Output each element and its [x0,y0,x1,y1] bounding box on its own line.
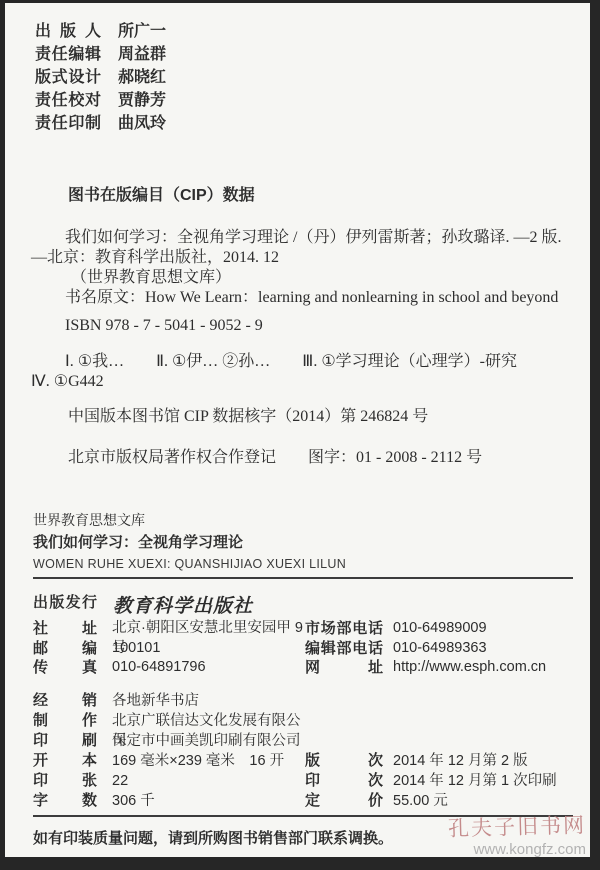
kongfz-site-name: 孔夫子旧书网 [448,809,587,843]
field-label: 印张 [33,771,97,791]
series-name: 世界教育思想文库 [33,511,346,529]
staff-role-label: 责任印制 [35,111,101,134]
price-value: 55.00 元 [393,791,448,811]
field-label: 开本 [33,751,97,771]
staff-row: 责任印制 曲凤玲 [35,111,166,134]
staff-person-name: 周益群 [118,42,166,65]
field-value: 北京·朝阳区安慧北里安园甲 9 号 [112,619,305,639]
cip-data-block: 图书在版编目（CIP）数据 我们如何学习：全视角学习理论 /（丹）伊列雷斯著；孙… [31,186,579,468]
cip-header: 图书在版编目（CIP）数据 [68,186,579,206]
cip-classification-line1: Ⅰ. ①我… Ⅱ. ①伊… ②孙… Ⅲ. ①学习理论（心理学）-研究 [31,352,579,372]
staff-role-label: 版式设计 [35,65,101,88]
staff-person-name: 所广一 [118,19,166,42]
cip-classification-line2: Ⅳ. ①G442 [31,372,579,392]
field-value: 22 [112,771,128,791]
colophon-row: 字数 306 千 定价 55.00 元 [33,791,557,811]
field-label: 社址 [33,619,97,639]
staff-person-name: 郝晓红 [118,65,166,88]
colophon-row: 印刷 保定市中画美凯印刷有限公司 [33,731,557,751]
field-value: 010-64891796 [112,658,206,678]
colophon-row: 经销 各地新华书店 [33,691,557,711]
cip-description-line1: 我们如何学习：全视角学习理论 /（丹）伊列雷斯著；孙玫璐译. —2 版. [31,228,579,248]
field-label: 印刷 [33,731,97,751]
staff-role-label: 责任编辑 [35,42,101,65]
field-value: 010-64989009 [393,619,487,639]
publisher-contact-block: 社址 北京·朝阳区安慧北里安园甲 9 号 市场部电话 010-64989009 … [33,619,546,678]
colophon-row: 邮编 100101 编辑部电话 010-64989363 [33,639,546,659]
field-label: 编辑部电话 [305,639,383,659]
cip-original-title: 书名原文：How We Learn：learning and nonlearni… [31,288,579,308]
colophon-row: 制作 北京广联信达文化发展有限公司 [33,711,557,731]
kongfz-watermark: 孔夫子旧书网 www.kongfz.com [448,811,586,857]
publisher-label: 出版发行 [33,593,97,613]
staff-row: 责任编辑 周益群 [35,42,166,65]
field-label: 网址 [305,658,383,678]
staff-person-name: 贾静芳 [118,88,166,111]
printing-spec-block: 经销 各地新华书店 制作 北京广联信达文化发展有限公司 印刷 保定市中画美凯印刷… [33,691,557,811]
book-copyright-page-photo: { "colors": { "page_bg": "#f6f6f3", "pho… [0,0,600,870]
staff-row: 责任校对 贾静芳 [35,88,166,111]
cip-series-line: （世界教育思想文库） [31,268,579,288]
book-title-pinyin: WOMEN RUHE XUEXI: QUANSHIJIAO XUEXI LILU… [33,556,346,572]
kongfz-site-url: www.kongfz.com [448,841,586,857]
field-label: 传真 [33,658,97,678]
colophon-row: 印张 22 印次 2014 年 12 月第 1 次印刷 [33,771,557,791]
colophon-row: 开本 169 毫米×239 毫米 16 开 版次 2014 年 12 月第 2 … [33,751,557,771]
staff-role-label: 责任校对 [35,88,101,111]
field-value: 2014 年 12 月第 1 次印刷 [393,771,557,791]
field-value: 保定市中画美凯印刷有限公司 [112,731,301,751]
field-label: 印次 [305,771,383,791]
staff-credits-block: 出版人 所广一 责任编辑 周益群 版式设计 郝晓红 责任校对 贾静芳 责任印制 … [35,19,166,134]
cip-description-line2: —北京：教育科学出版社，2014. 12 [31,248,579,268]
field-value: 2014 年 12 月第 2 版 [393,751,528,771]
quality-notice: 如有印装质量问题，请到所购图书销售部门联系调换。 [33,827,393,848]
field-value: 010-64989363 [393,639,487,659]
staff-row: 出版人 所广一 [35,19,166,42]
field-label: 字数 [33,791,97,811]
colophon-row: 传真 010-64891796 网址 http://www.esph.com.c… [33,658,546,678]
scanned-page: 出版人 所广一 责任编辑 周益群 版式设计 郝晓红 责任校对 贾静芳 责任印制 … [5,3,590,857]
publisher-logotype: 教育科学出版社 [113,591,253,618]
colophon-row: 社址 北京·朝阳区安慧北里安园甲 9 号 市场部电话 010-64989009 [33,619,546,639]
field-label: 经销 [33,691,97,711]
field-value: 北京广联信达文化发展有限公司 [112,711,305,731]
field-label: 邮编 [33,639,97,659]
field-label: 市场部电话 [305,619,383,639]
title-block: 世界教育思想文库 我们如何学习：全视角学习理论 WOMEN RUHE XUEXI… [33,511,346,572]
field-value: 169 毫米×239 毫米 16 开 [112,751,284,771]
book-title: 我们如何学习：全视角学习理论 [33,534,346,552]
publisher-row: 出版发行 教育科学出版社 [33,593,253,618]
field-label: 版次 [305,751,383,771]
horizontal-divider [33,577,573,579]
field-value: 306 千 [112,791,155,811]
staff-row: 版式设计 郝晓红 [35,65,166,88]
field-value: 各地新华书店 [112,691,199,711]
publisher-website-url: http://www.esph.com.cn [393,658,546,678]
staff-person-name: 曲凤玲 [118,111,166,134]
cip-record-number: 中国版本图书馆 CIP 数据核字（2014）第 246824 号 [31,407,579,427]
field-label: 制作 [33,711,97,731]
field-label: 定价 [305,791,383,811]
field-value: 100101 [112,639,160,659]
staff-role-label: 出版人 [35,19,101,42]
isbn-number: ISBN 978 - 7 - 5041 - 9052 - 9 [31,316,579,336]
copyright-registration-number: 北京市版权局著作权合作登记 图字：01 - 2008 - 2112 号 [31,448,579,468]
